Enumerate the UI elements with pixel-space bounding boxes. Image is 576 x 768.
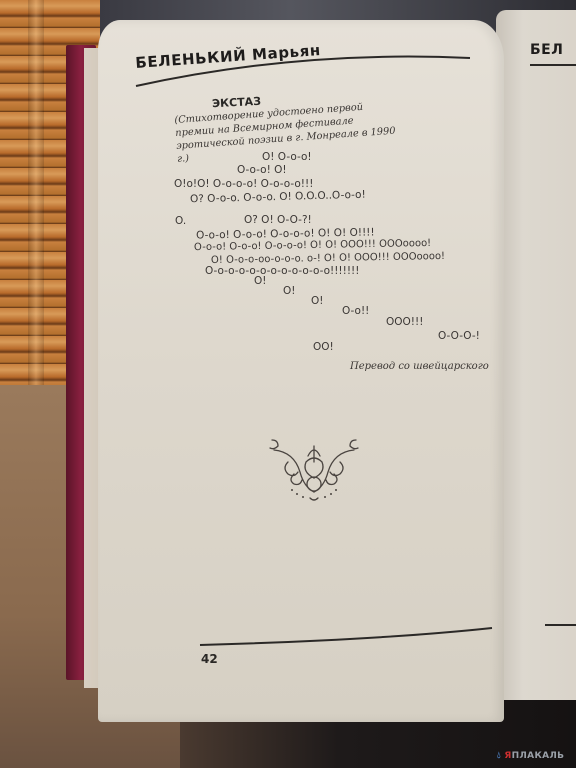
- drop-icon: 💧︎: [497, 751, 501, 761]
- poem-line: O!o!O! O-o-o-o! O-o-o-o!!!: [174, 178, 313, 190]
- watermark-ya: Я: [504, 751, 511, 761]
- watermark: 💧︎ ЯПЛАКАЛЬ: [497, 751, 564, 761]
- poem-line: O-O-O-!: [438, 330, 480, 342]
- poem-line: O!: [283, 285, 295, 297]
- poem-line: O-o-o-o-o-o-o-o-o-o-o-o!!!!!!!: [205, 265, 359, 277]
- poem-line: O? O! O-O-?!: [244, 214, 312, 226]
- poem-line: OO!: [313, 341, 334, 353]
- page-number: 42: [201, 652, 218, 666]
- poem-line: O!: [254, 275, 266, 287]
- poem-line: O-o-o! O!: [237, 164, 287, 176]
- ornament-icon: [264, 432, 364, 506]
- poem-line: O-o!!: [342, 305, 369, 317]
- poem-line: OOO!!!: [386, 316, 423, 328]
- poem-line: O.: [175, 215, 186, 227]
- translator-note: Перевод со швейцарского: [350, 361, 489, 372]
- watermark-text: ПЛАКАЛЬ: [512, 751, 565, 761]
- poem-line: O!: [311, 295, 323, 307]
- poem-line: O! O-o-o!: [262, 151, 312, 163]
